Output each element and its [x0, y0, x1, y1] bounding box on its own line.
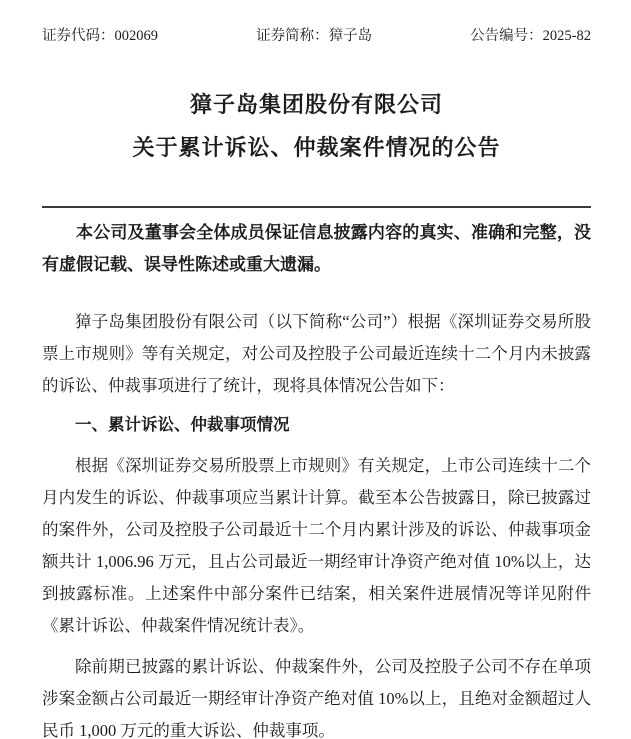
board-disclaimer-paragraph: 本公司及董事会全体成员保证信息披露内容的真实、准确和完整，没有虚假记载、误导性陈…: [42, 217, 591, 281]
announcement-page: 证券代码：002069 证券简称：獐子岛 公告编号：2025-82 獐子岛集团股…: [0, 0, 631, 739]
announcement-number: 公告编号：2025-82: [470, 26, 591, 46]
divider-rule: [42, 206, 591, 208]
stock-code-label: 证券代码：: [42, 28, 115, 44]
stock-name: 证券简称：獐子岛: [256, 26, 372, 46]
announcement-number-label: 公告编号：: [470, 28, 543, 44]
securities-header-row: 证券代码：002069 证券简称：獐子岛 公告编号：2025-82: [42, 26, 591, 46]
announcement-number-value: 2025-82: [543, 28, 591, 44]
intro-paragraph: 獐子岛集团股份有限公司（以下简称“公司”）根据《深圳证券交易所股票上市规则》等有…: [42, 306, 591, 402]
section-1-paragraph-2: 除前期已披露的累计诉讼、仲裁案件外，公司及控股子公司不存在单项涉案金额占公司最近…: [42, 651, 591, 739]
company-title: 獐子岛集团股份有限公司: [42, 90, 591, 120]
section-1-paragraph-1: 根据《深圳证券交易所股票上市规则》有关规定，上市公司连续十二个月内发生的诉讼、仲…: [42, 450, 591, 642]
section-1-heading: 一、累计诉讼、仲裁事项情况: [42, 409, 591, 441]
stock-name-value: 獐子岛: [329, 28, 373, 44]
announcement-title: 关于累计诉讼、仲裁案件情况的公告: [42, 133, 591, 163]
stock-name-label: 证券简称：: [256, 28, 329, 44]
stock-code: 证券代码：002069: [42, 26, 158, 46]
stock-code-value: 002069: [115, 28, 159, 44]
